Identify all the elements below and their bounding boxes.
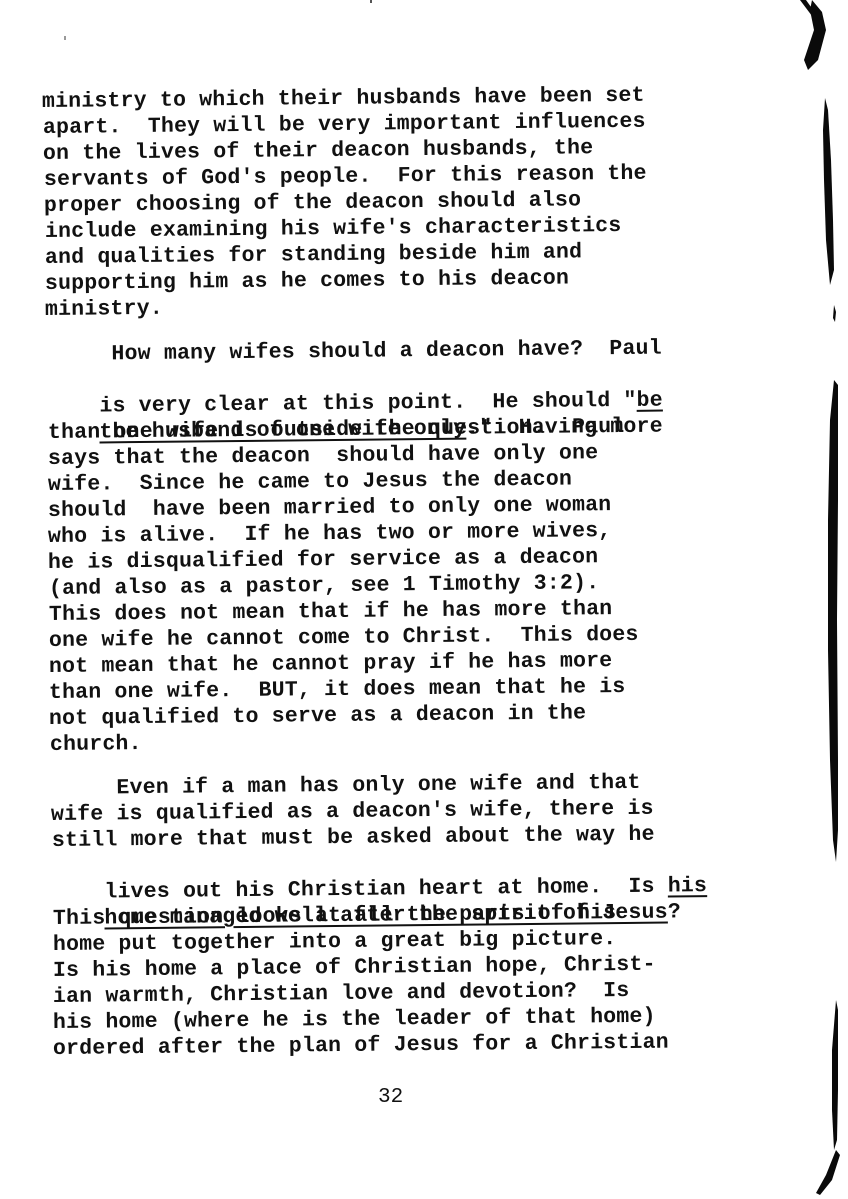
text-line: ordered after the plan of Jesus for a Ch… — [53, 1030, 669, 1062]
text-line: church. — [50, 731, 142, 758]
text-line: supporting him as he comes to his deacon — [45, 266, 569, 297]
scanned-page: ministry to which their husbands have be… — [0, 0, 848, 1199]
text-segment: ? — [668, 900, 681, 924]
text-line: not qualified to serve as a deacon in th… — [49, 700, 586, 732]
text-line: ministry. — [45, 296, 163, 323]
page-number: 32 — [378, 1086, 403, 1109]
